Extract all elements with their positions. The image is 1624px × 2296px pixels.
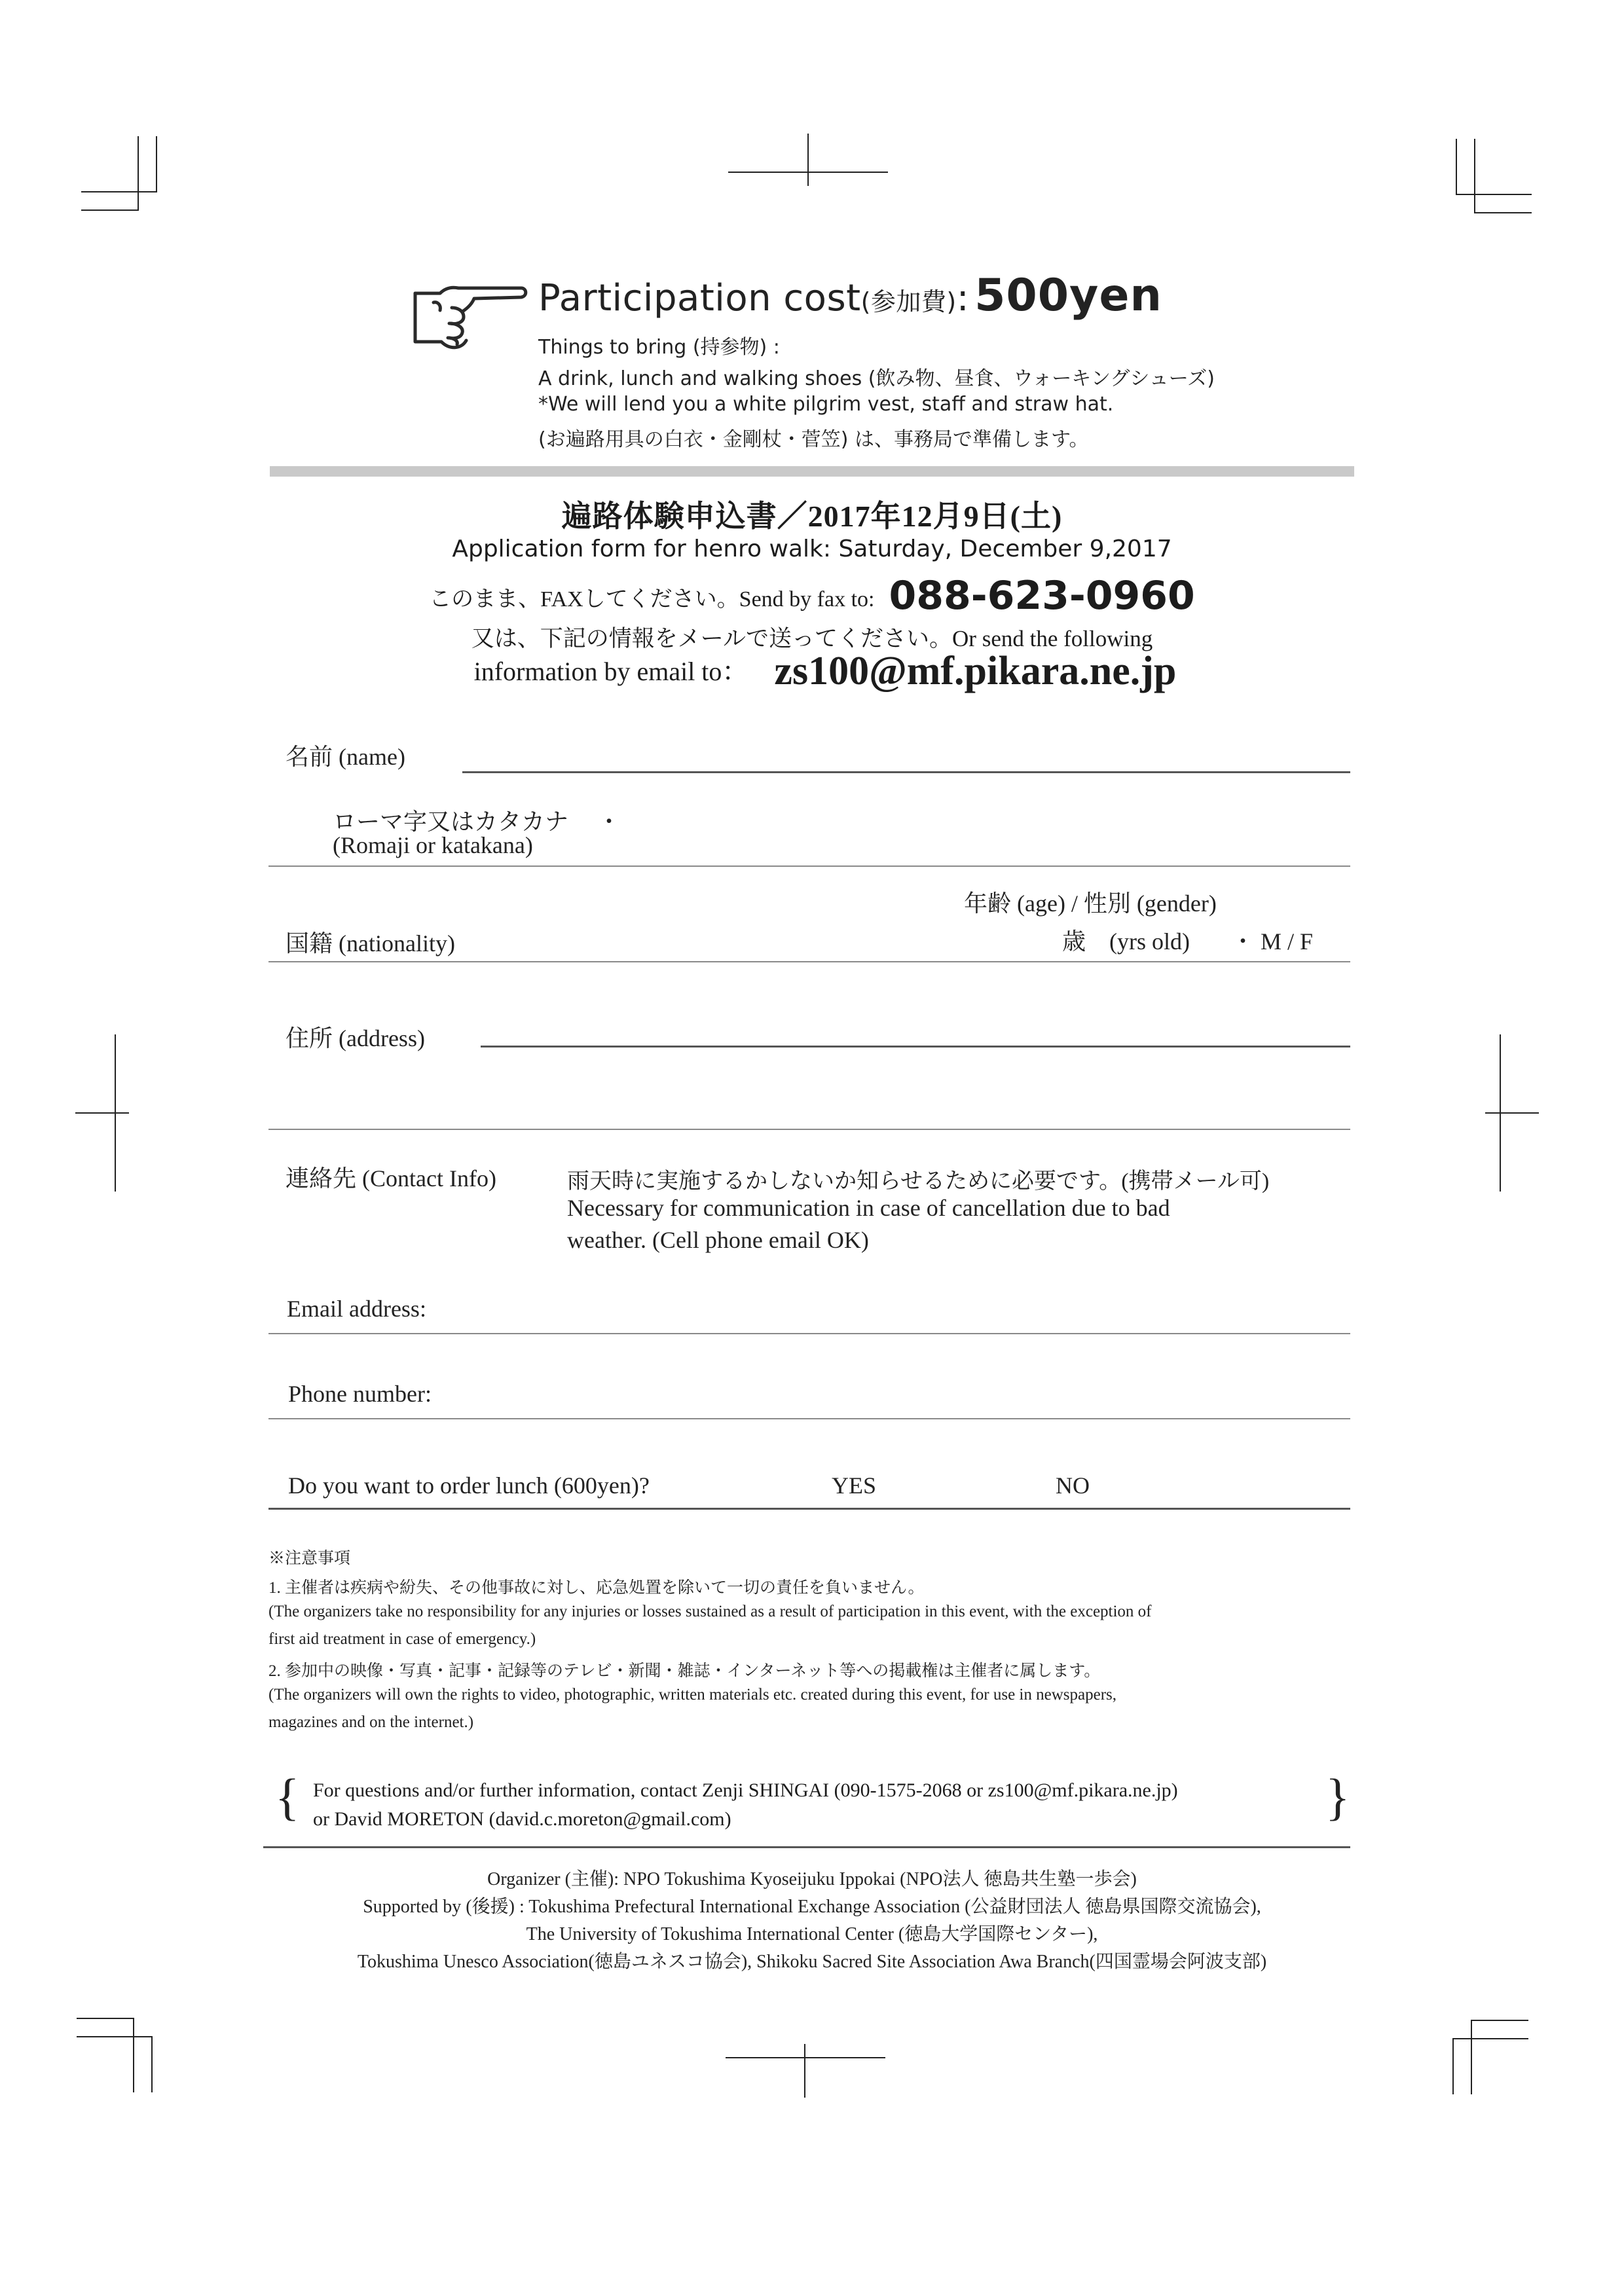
email-label: Email address: (287, 1295, 426, 1322)
lunch-no-option[interactable]: NO (1056, 1472, 1090, 1499)
lend-note: *We will lend you a white pilgrim vest, … (538, 393, 1113, 416)
email-target: information by email to：zs100@mf.pikara.… (0, 648, 1624, 695)
phone-divider (268, 1418, 1350, 1419)
email-address-link[interactable]: zs100@mf.pikara.ne.jp (774, 649, 1176, 693)
romaji-divider (268, 866, 1350, 867)
age-field[interactable] (963, 917, 1057, 957)
gender-options[interactable]: ・ M / F (1231, 923, 1313, 957)
cost-label: Participation cost (538, 277, 861, 319)
romaji-dot: ・ (597, 803, 621, 837)
address-field[interactable] (481, 1008, 1348, 1048)
supporter-credit-3: Tokushima Unesco Association(徳島ユネスコ協会), … (0, 1947, 1624, 1973)
name-underline (462, 771, 1350, 773)
lend-note-jp: (お遍路用具の白衣・金剛杖・菅笠) は、事務局で準備します。 (538, 423, 1089, 452)
phone-label: Phone number: (288, 1380, 432, 1408)
contact-note-jp: 雨天時に実施するかしないか知らせるために必要です。(携帯メール可) (567, 1163, 1269, 1195)
note-2-en-2: magazines and on the internet.) (268, 1713, 473, 1732)
email-field[interactable] (471, 1287, 1345, 1328)
form-title-en: Application form for henro walk: Saturda… (0, 536, 1624, 562)
nationality-label: 国籍 (nationality) (286, 925, 455, 958)
age-gender-label: 年齢 (age) / 性別 (gender) (964, 885, 1217, 919)
open-brace: { (275, 1768, 299, 1827)
bring-heading: Things to bring (持参物) : (538, 331, 780, 359)
lunch-yes-option[interactable]: YES (832, 1472, 876, 1499)
contact-note-en-1: Necessary for communication in case of c… (567, 1194, 1170, 1222)
fax-instruction: このまま、FAXしてください。Send by fax to:088-623-09… (0, 573, 1624, 619)
supporter-credit-2: The University of Tokushima Internationa… (0, 1920, 1624, 1946)
cost-separator: : (957, 277, 969, 319)
name-label: 名前 (name) (286, 738, 405, 772)
fax-number: 088-623-0960 (889, 573, 1195, 619)
note-1-jp: 1. 主催者は疾病や紛失、その他事故に対し、応急処置を除いて一切の責任を負いませ… (268, 1575, 925, 1598)
lunch-question: Do you want to order lunch (600yen)? (288, 1472, 650, 1499)
note-1-en-2: first aid treatment in case of emergency… (268, 1630, 536, 1649)
name-field[interactable] (462, 730, 1349, 771)
section-divider (270, 466, 1354, 477)
contact-note-en-2: weather. (Cell phone email OK) (567, 1226, 869, 1254)
note-2-en-1: (The organizers will own the rights to v… (268, 1686, 1116, 1704)
bring-items: A drink, lunch and walking shoes (飲み物、昼食… (538, 362, 1215, 391)
phone-field[interactable] (471, 1372, 1345, 1413)
address-divider (268, 1129, 1350, 1130)
contact-label: 連絡先 (Contact Info) (286, 1160, 496, 1194)
nationality-divider (268, 961, 1350, 962)
note-1-en-1: (The organizers take no responsibility f… (268, 1603, 1152, 1621)
email-divider (268, 1333, 1350, 1334)
close-brace: } (1325, 1768, 1350, 1827)
address-label: 住所 (address) (286, 1020, 425, 1053)
cost-value: 500yen (974, 270, 1162, 321)
pointing-hand-icon (411, 282, 529, 354)
lunch-divider (268, 1508, 1350, 1510)
romaji-field[interactable] (629, 800, 1345, 860)
notes-heading: ※注意事項 (268, 1545, 350, 1569)
contact-line-1: For questions and/or further information… (313, 1779, 1178, 1802)
address-underline (481, 1046, 1350, 1048)
nationality-field[interactable] (471, 917, 893, 957)
age-unit: 歳 (yrs old) (1062, 923, 1190, 957)
fax-prefix: このまま、FAXしてください。Send by fax to: (429, 587, 874, 611)
contact-line-2: or David MORETON (david.c.moreton@gmail.… (313, 1808, 731, 1831)
form-title-jp: 遍路体験申込書／2017年12月9日(土) (0, 492, 1624, 536)
contact-divider (263, 1846, 1350, 1848)
note-2-jp: 2. 参加中の映像・写真・記事・記録等のテレビ・新聞・雑誌・インターネット等への… (268, 1658, 1100, 1681)
supporter-credit-1: Supported by (後援) : Tokushima Prefectura… (0, 1892, 1624, 1918)
email-prefix: information by email to： (474, 657, 748, 686)
cost-label-jp: (参加費) (861, 287, 957, 316)
participation-cost: Participation cost(参加費):500yen (538, 270, 1162, 321)
organizer-credit: Organizer (主催): NPO Tokushima Kyoseijuku… (0, 1865, 1624, 1891)
romaji-label-en: (Romaji or katakana) (333, 831, 533, 859)
